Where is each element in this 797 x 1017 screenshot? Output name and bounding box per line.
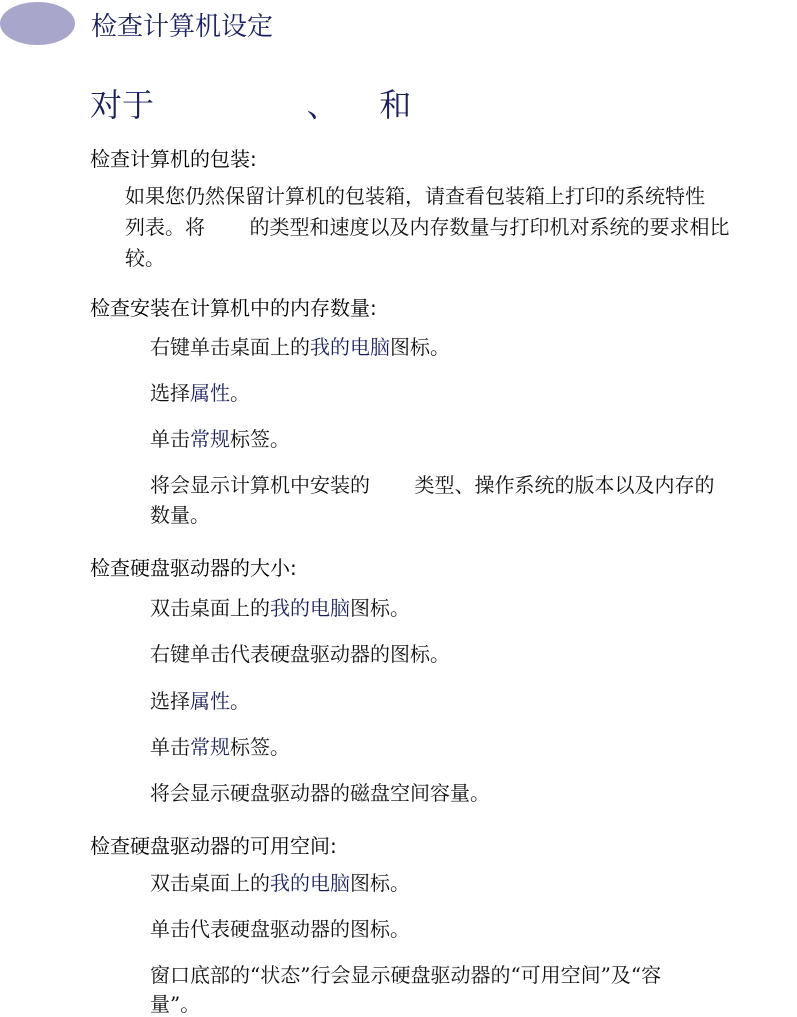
ui-keyword: 属性: [190, 689, 230, 713]
ui-keyword: 我的电脑: [270, 596, 350, 620]
ui-keyword: 常规: [190, 735, 230, 759]
section-heading-memory: 检查安装在计算机中的内存数量:: [90, 292, 377, 321]
step-line: 将会显示计算机中安装的 类型、操作系统的版本以及内存的: [150, 469, 715, 501]
ui-keyword: 我的电脑: [310, 335, 390, 359]
section-bullet-ellipse: [0, 2, 75, 45]
step-line: 单击常规标签。: [150, 731, 290, 763]
section-heading-disk-size: 检查硬盘驱动器的大小:: [90, 552, 297, 581]
ui-keyword: 我的电脑: [270, 871, 350, 895]
section-heading-packaging: 检查计算机的包装:: [90, 143, 257, 172]
step-line: 数量。: [150, 499, 210, 531]
step-line: 双击桌面上的我的电脑图标。: [150, 867, 410, 899]
step-line: 将会显示硬盘驱动器的磁盘空间容量。: [150, 777, 490, 809]
page-title: 检查计算机设定: [91, 6, 273, 43]
step-line: 右键单击桌面上的我的电脑图标。: [150, 331, 450, 363]
step-line: 双击桌面上的我的电脑图标。: [150, 592, 410, 624]
section-heading-free-space: 检查硬盘驱动器的可用空间:: [90, 830, 337, 859]
step-line: 量”。: [150, 988, 200, 1017]
step-line: 单击代表硬盘驱动器的图标。: [150, 913, 410, 945]
ui-keyword: 常规: [190, 427, 230, 451]
step-line: 选择属性。: [150, 685, 250, 717]
ui-keyword: 属性: [190, 381, 230, 405]
step-line: 右键单击代表硬盘驱动器的图标。: [150, 638, 450, 670]
paragraph-line: 较。: [125, 242, 165, 274]
step-line: 选择属性。: [150, 377, 250, 409]
paragraph-line: 如果您仍然保留计算机的包装箱，请查看包装箱上打印的系统特性: [125, 180, 705, 212]
step-line: 单击常规标签。: [150, 423, 290, 455]
page-subtitle: 对于 、 和: [90, 80, 411, 126]
step-line: 窗口底部的“状态”行会显示硬盘驱动器的“可用空间”及“容: [150, 959, 661, 991]
paragraph-line: 列表。将 的类型和速度以及内存数量与打印机对系统的要求相比: [125, 211, 730, 243]
